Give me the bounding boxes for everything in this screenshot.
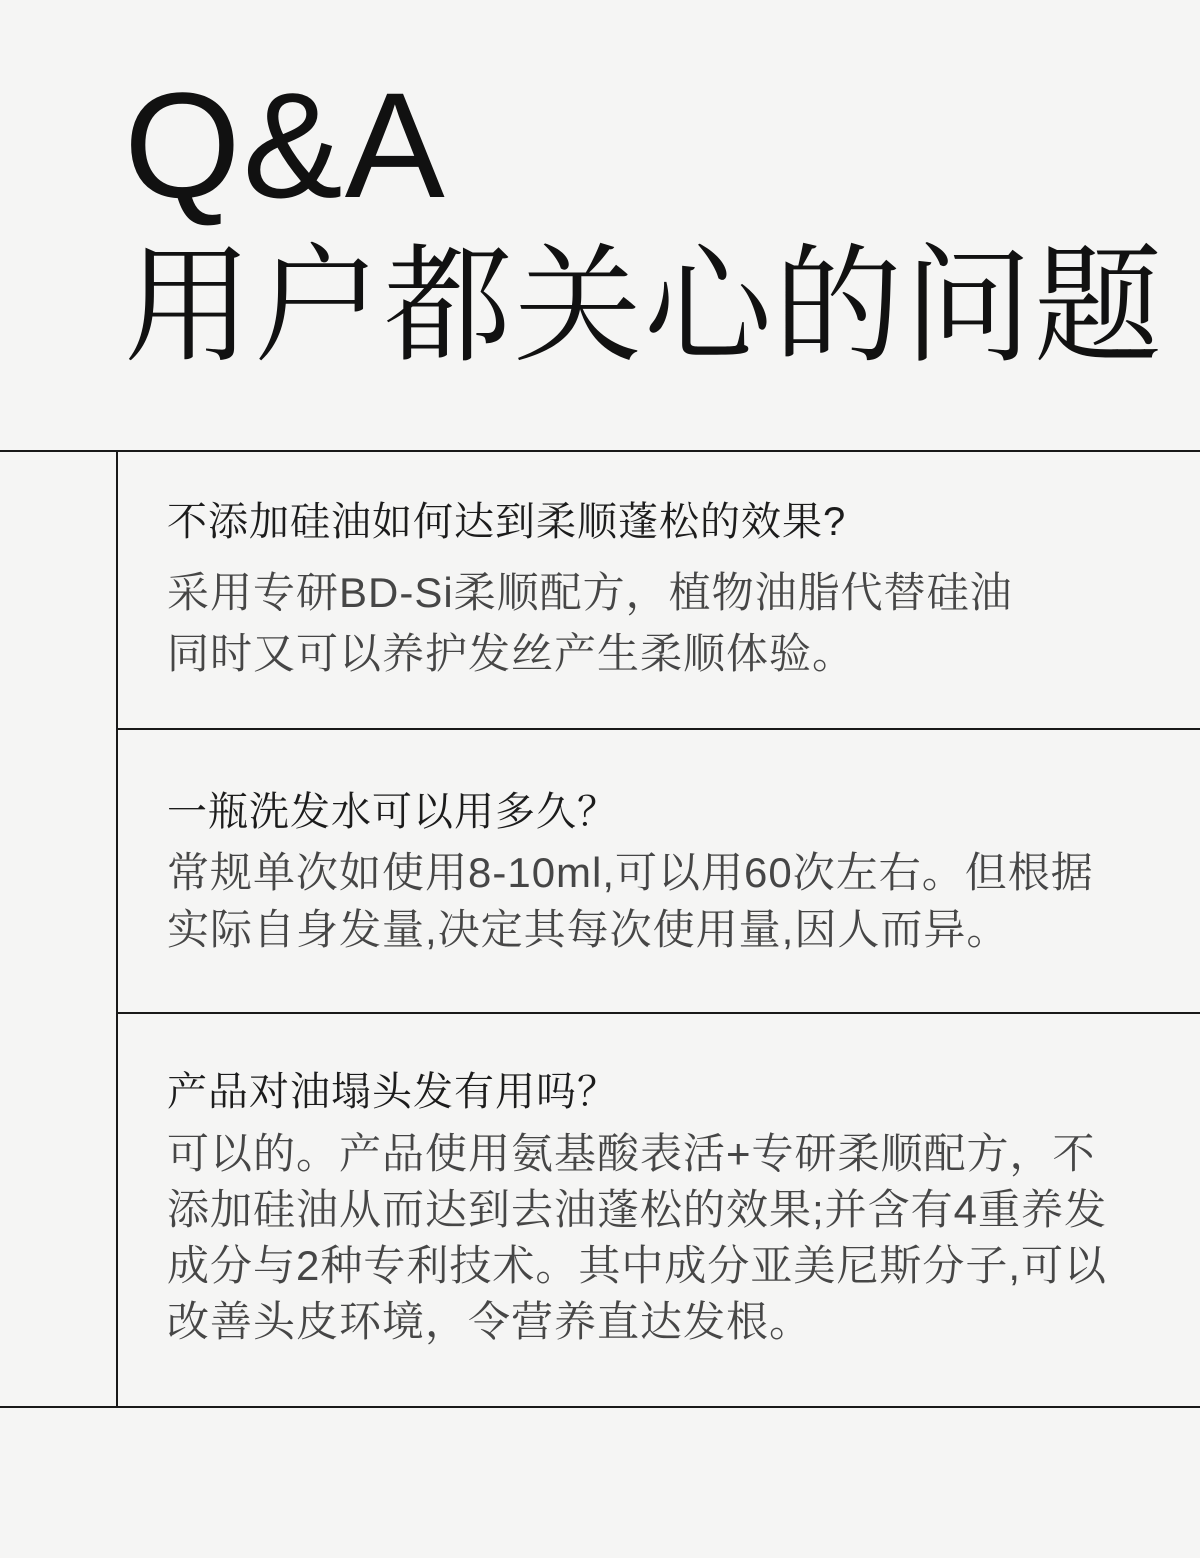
qa-item-silicone-free: 不添加硅油如何达到柔顺蓬松的效果? 采用专研BD-Si柔顺配方，植物油脂代替硅油…	[118, 452, 1200, 728]
left-gutter-rule	[0, 452, 118, 1406]
qa-list: 不添加硅油如何达到柔顺蓬松的效果? 采用专研BD-Si柔顺配方，植物油脂代替硅油…	[118, 452, 1200, 1406]
page-title: Q&A	[124, 64, 1164, 226]
question-text: 产品对油塌头发有用吗？	[167, 1066, 1170, 1118]
page-subtitle: 用户都关心的问题	[124, 236, 1164, 378]
qa-page: { "page": { "background_color": "#f5f5f4…	[0, 0, 1200, 1558]
qa-item-oily-flat-hair: 产品对油塌头发有用吗？ 可以的。产品使用氨基酸表活+专研柔顺配方，不 添加硅油从…	[118, 1012, 1200, 1406]
qa-item-bottle-duration: 一瓶洗发水可以用多久？ 常规单次如使用8-10ml,可以用60次左右。但根据 实…	[118, 728, 1200, 1012]
answer-text: 采用专研BD-Si柔顺配方，植物油脂代替硅油 同时又可以养护发丝产生柔顺体验。	[167, 562, 1170, 684]
answer-text: 可以的。产品使用氨基酸表活+专研柔顺配方，不 添加硅油从而达到去油蓬松的效果;并…	[167, 1126, 1170, 1350]
qa-header: Q&A 用户都关心的问题	[124, 64, 1164, 378]
answer-text: 常规单次如使用8-10ml,可以用60次左右。但根据 实际自身发量,决定其每次使…	[167, 844, 1170, 958]
question-text: 一瓶洗发水可以用多久？	[167, 786, 1170, 838]
qa-table: 不添加硅油如何达到柔顺蓬松的效果? 采用专研BD-Si柔顺配方，植物油脂代替硅油…	[0, 450, 1200, 1408]
question-text: 不添加硅油如何达到柔顺蓬松的效果?	[167, 496, 1170, 548]
